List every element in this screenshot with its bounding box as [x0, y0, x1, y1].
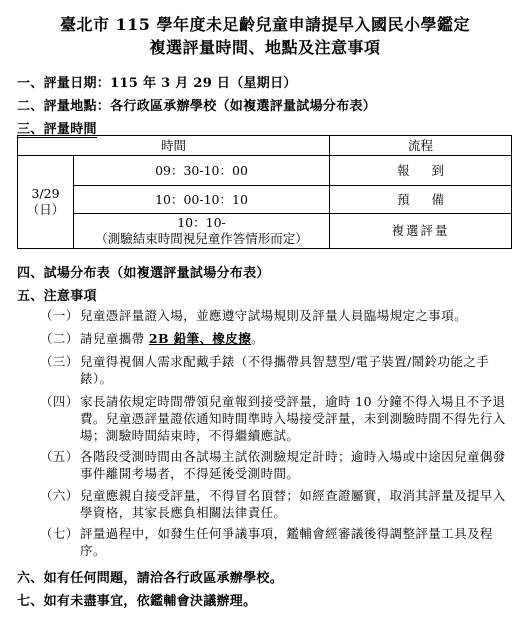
note-text: 請兒童攜帶 2B 鉛筆、橡皮擦。: [40, 330, 510, 347]
note-text: 評量過程中，如發生任何爭議事項，鑑輔會經審議後得調整評量工具及程序。: [40, 525, 510, 559]
note-number: （三）: [40, 353, 79, 370]
note-text: 兒童應親自接受評量，不得冒名頂替；如經查證屬實，取消其評量及提早入學資格，其家長…: [40, 487, 510, 521]
section-other-matters: 七、如有未盡事宜，依鑑輔會決議辦理。: [17, 590, 256, 609]
section-notes: 五、注意事項: [17, 285, 97, 304]
note-item: （七） 評量過程中，如發生任何爭議事項，鑑輔會經審議後得調整評量工具及程序。: [40, 525, 510, 559]
note-item: （四） 家長請依規定時間帶領兒童報到接受評量，逾時 10 分鐘不得入場且不予退費…: [40, 393, 510, 444]
document-title-line2: 複選評量時間、地點及注意事項: [0, 35, 530, 58]
schedule-time: 10：10-: [74, 215, 329, 231]
schedule-time: 10：00-10：10: [74, 186, 330, 214]
note-number: （四）: [40, 393, 79, 410]
schedule-process: 複選評量: [330, 214, 512, 249]
schedule-header-row: 時間 流程: [18, 136, 512, 156]
section-questions: 六、如有任何問題，請洽各行政區承辦學校。: [17, 567, 283, 586]
note-number: （六）: [40, 487, 79, 504]
header-process: 流程: [330, 136, 512, 156]
schedule-time-cell: 10：10- （測驗結束時間視兒童作答情形而定）: [74, 214, 330, 249]
note-text-before: 請兒童攜帶: [80, 331, 149, 346]
note-text: 家長請依規定時間帶領兒童報到接受評量，逾時 10 分鐘不得入場且不予退費。兒童憑…: [40, 393, 510, 444]
header-time: 時間: [18, 136, 330, 156]
note-number: （二）: [40, 330, 79, 347]
note-text-after: 。: [251, 331, 264, 346]
schedule-process: 報到: [330, 156, 512, 186]
note-number: （七）: [40, 525, 79, 542]
note-item: （六） 兒童應親自接受評量，不得冒名頂替；如經查證屬實，取消其評量及提早入學資格…: [40, 487, 510, 521]
note-emphasis: 2B 鉛筆、橡皮擦: [149, 331, 251, 346]
note-text: 兒童憑評量證入場，並應遵守試場規則及評量人員臨場規定之事項。: [40, 307, 510, 324]
schedule-process: 預備: [330, 186, 512, 214]
schedule-row: 3/29 （日） 09：30-10：00 報到: [18, 156, 512, 186]
note-item: （二） 請兒童攜帶 2B 鉛筆、橡皮擦。: [40, 330, 510, 347]
schedule-row: 10：10- （測驗結束時間視兒童作答情形而定） 複選評量: [18, 214, 512, 249]
note-number: （五）: [40, 448, 79, 465]
note-item: （五） 各階段受測時間由各試場主試依測驗規定計時；逾時入場或中途因兒童偶發事件離…: [40, 448, 510, 482]
note-text: 各階段受測時間由各試場主試依測驗規定計時；逾時入場或中途因兒童偶發事件離開考場者…: [40, 448, 510, 482]
note-text: 兒童得視個人需求配戴手錶（不得攜帶具智慧型/電子裝置/鬧鈴功能之手錶）。: [40, 353, 510, 387]
schedule-table: 時間 流程 3/29 （日） 09：30-10：00 報到 10：00-10：1…: [17, 135, 512, 249]
schedule-date-cell: 3/29 （日）: [18, 156, 74, 249]
schedule-row: 10：00-10：10 預備: [18, 186, 512, 214]
schedule-date: 3/29: [18, 186, 73, 202]
note-item: （一） 兒童憑評量證入場，並應遵守試場規則及評量人員臨場規定之事項。: [40, 307, 510, 324]
schedule-weekday: （日）: [18, 202, 73, 218]
schedule-time: 09：30-10：00: [74, 156, 330, 186]
note-item: （三） 兒童得視個人需求配戴手錶（不得攜帶具智慧型/電子裝置/鬧鈴功能之手錶）。: [40, 353, 510, 387]
section-evaluation-location: 二、評量地點：各行政區承辦學校（如複選評量試場分布表）: [17, 95, 376, 114]
section-exam-site-table: 四、試場分布表（如複選評量試場分布表）: [17, 262, 270, 281]
note-number: （一）: [40, 307, 79, 324]
section-evaluation-date: 一、評量日期：115 年 3 月 29 日（星期日）: [17, 72, 297, 91]
document-title-line1: 臺北市 115 學年度未足齡兒童申請提早入國民小學鑑定: [0, 12, 530, 35]
schedule-time-note: （測驗結束時間視兒童作答情形而定）: [74, 231, 329, 247]
